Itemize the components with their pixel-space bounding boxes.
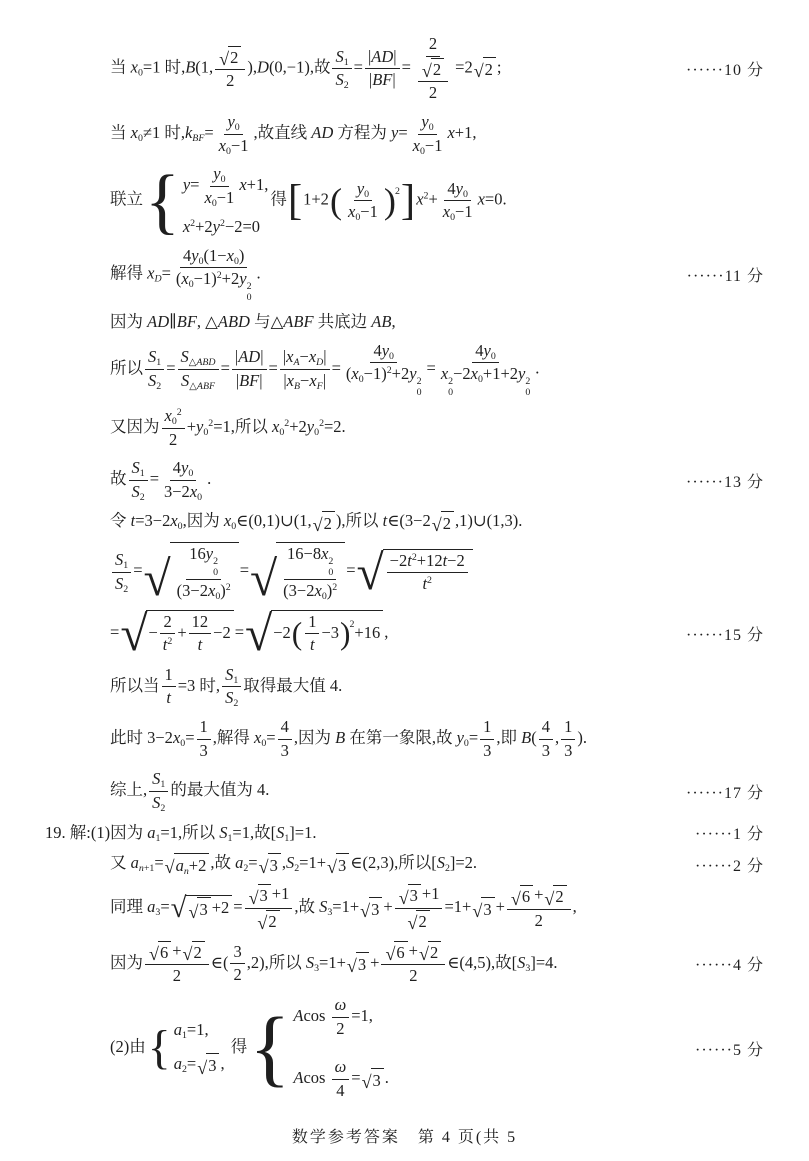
math-line: 所以当1t=3 时,S1S2取得最大值 4. [45, 665, 764, 709]
math-line: 又因为x022+y02=1,所以 x02+2y02=2. [45, 406, 764, 450]
math-line-content: 同理 a3=√√3+2=√3+1√2,故 S3=1+√3+√3+1√2=1+√3… [110, 884, 577, 932]
math-line-content: 所以当1t=3 时,S1S2取得最大值 4. [110, 665, 342, 709]
math-line-content: 联立{y=y0x0−1x+1,x2+2y2−2=0得[1+2(y0x0−1)2]… [110, 164, 507, 238]
document-page: 当 x0=1 时,B(1,√22),D(0,−1),故S1S2=|AD||BF|… [0, 0, 809, 1161]
score-mark: ······13 分 [680, 469, 764, 492]
answer-lines: 当 x0=1 时,B(1,√22),D(0,−1),故S1S2=|AD||BF|… [45, 30, 764, 1105]
math-line-content: (2)由{a1=1,a2=√3, 得{Acos ω2=1,Acos ω4=√3. [110, 995, 391, 1102]
math-line: =√−2t2+12t−2=√−2(1t−3)2+16,······15 分 [45, 610, 764, 657]
score-mark: ······2 分 [689, 853, 764, 876]
score-mark: ······1 分 [689, 821, 764, 844]
math-line: S1S2=√16y20(3−2x0)2=√16−8x20(3−2x0)2=√−2… [45, 542, 764, 601]
math-line-content: 又因为x022+y02=1,所以 x02+2y02=2. [110, 406, 346, 450]
math-line-content: 故S1S2=4y03−2x0. [110, 458, 211, 502]
score-mark: ······4 分 [689, 952, 764, 975]
math-line: 此时 3−2x0=13,解得 x0=43,因为 B 在第一象限,故 y0=13,… [45, 717, 764, 761]
math-line: 又 an+1=√an+2,故 a2=√3,S2=1+√3∈(2,3),所以[S2… [45, 852, 764, 876]
math-line: 当 x0=1 时,B(1,√22),D(0,−1),故S1S2=|AD||BF|… [45, 34, 764, 104]
score-mark: ······17 分 [680, 780, 764, 803]
math-line: 19. 解:(1)因为 a1=1,所以 S1=1,故[S1]=1.······1… [45, 821, 764, 844]
math-line-content: =√−2t2+12t−2=√−2(1t−3)2+16, [110, 610, 388, 657]
score-mark: ······11 分 [681, 263, 764, 286]
page-footer: 数学参考答案 第 4 页(共 5 [45, 1110, 764, 1153]
math-line-content: 所以S1S2=S△ABDS△ABF=|AD||BF|=|xA−xD||xB−xF… [110, 341, 539, 398]
math-line-content: 当 x0=1 时,B(1,√22),D(0,−1),故S1S2=|AD||BF|… [110, 34, 502, 104]
math-line: 因为 AD∥BF, △ABD 与△ABF 共底边 AB, [45, 311, 764, 332]
math-line-content: 令 t=3−2x0,因为 x0∈(0,1)∪(1,√2),所以 t∈(3−2√2… [110, 510, 522, 534]
math-line-content: 解得 xD=4y0(1−x0)(x0−1)2+2y20. [110, 246, 261, 303]
math-line-content: S1S2=√16y20(3−2x0)2=√16−8x20(3−2x0)2=√−2… [110, 542, 474, 601]
math-line: 综上,S1S2的最大值为 4.······17 分 [45, 769, 764, 813]
math-line-content: 综上,S1S2的最大值为 4. [110, 769, 269, 813]
score-mark: ······15 分 [680, 622, 764, 645]
math-line: 令 t=3−2x0,因为 x0∈(0,1)∪(1,√2),所以 t∈(3−2√2… [45, 510, 764, 534]
math-line-content: 因为√6+√22∈(32,2),所以 S3=1+√3+√6+√22∈(4,5),… [110, 941, 558, 987]
math-line-content: 此时 3−2x0=13,解得 x0=43,因为 B 在第一象限,故 y0=13,… [110, 717, 587, 761]
score-mark: ······10 分 [680, 57, 764, 80]
math-line: 当 x0≠1 时,kBF=y0x0−1,故直线 AD 方程为 y=y0x0−1x… [45, 112, 764, 156]
math-line: 故S1S2=4y03−2x0.······13 分 [45, 458, 764, 502]
math-line-content: 又 an+1=√an+2,故 a2=√3,S2=1+√3∈(2,3),所以[S2… [110, 852, 477, 876]
math-line: 解得 xD=4y0(1−x0)(x0−1)2+2y20.······11 分 [45, 246, 764, 303]
math-line-content: 因为 AD∥BF, △ABD 与△ABF 共底边 AB, [110, 311, 396, 332]
math-line: 联立{y=y0x0−1x+1,x2+2y2−2=0得[1+2(y0x0−1)2]… [45, 164, 764, 238]
math-line: (2)由{a1=1,a2=√3, 得{Acos ω2=1,Acos ω4=√3.… [45, 995, 764, 1102]
math-line: 所以S1S2=S△ABDS△ABF=|AD||BF|=|xA−xD||xB−xF… [45, 341, 764, 398]
score-mark: ······5 分 [689, 1037, 764, 1060]
math-line-content: 19. 解:(1)因为 a1=1,所以 S1=1,故[S1]=1. [45, 822, 316, 843]
math-line-content: 当 x0≠1 时,kBF=y0x0−1,故直线 AD 方程为 y=y0x0−1x… [110, 112, 476, 156]
math-line: 同理 a3=√√3+2=√3+1√2,故 S3=1+√3+√3+1√2=1+√3… [45, 884, 764, 932]
math-line: 因为√6+√22∈(32,2),所以 S3=1+√3+√6+√22∈(4,5),… [45, 941, 764, 987]
